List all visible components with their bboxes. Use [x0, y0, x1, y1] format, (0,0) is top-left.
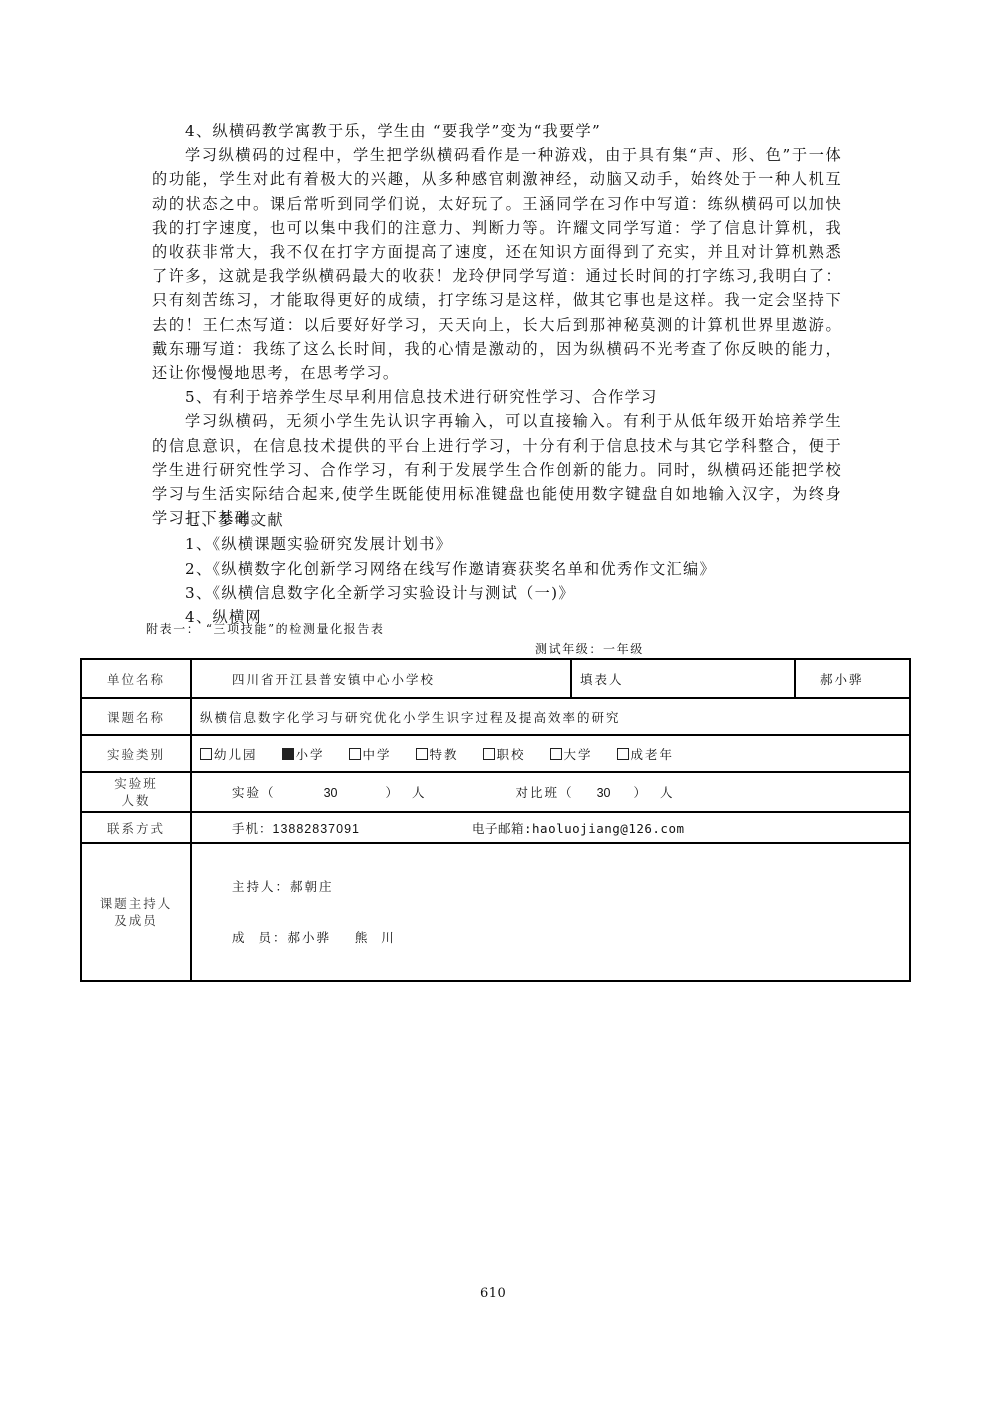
section-5-heading: 5、有利于培养学生尽早利用信息技术进行研究性学习、合作学习 — [152, 385, 842, 409]
section-4-heading: 4、纵横码教学寓教于乐，学生由 “要我学”变为“我要学” — [152, 119, 842, 143]
category-option-university[interactable]: 大学 — [550, 747, 593, 762]
table-row: 实验类别 幼儿园 小学 中学 特教 职校 大学 成老年 — [81, 735, 910, 772]
contact-label: 联系方式 — [81, 812, 191, 843]
references-heading: 七、参考文献 — [185, 508, 716, 532]
members-label: 课题主持人 及成员 — [81, 843, 191, 981]
members-text: 成 员：郝小骅 熊 川 — [232, 929, 901, 946]
checkbox-icon — [483, 748, 495, 760]
checkbox-icon — [416, 748, 428, 760]
category-option-senior[interactable]: 成老年 — [617, 747, 675, 762]
category-option-middle[interactable]: 中学 — [349, 747, 392, 762]
checkbox-checked-icon — [282, 748, 294, 760]
experiment-suffix: ） 人 — [386, 783, 516, 801]
unit-value: 四川省开江县普安镇中心小学校 — [191, 659, 571, 698]
appendix-caption: 附表一： “三项技能”的检测量化报告表 — [146, 620, 385, 637]
category-label: 实验类别 — [81, 735, 191, 772]
category-option-primary[interactable]: 小学 — [282, 747, 325, 762]
filler-value: 郝小骅 — [795, 659, 910, 698]
members-value: 主持人：郝朝庄 成 员：郝小骅 熊 川 — [191, 843, 910, 981]
page-number: 610 — [480, 1286, 506, 1301]
email-text: 电子邮箱:haoluojiang@126.com — [472, 821, 685, 836]
filler-label: 填表人 — [571, 659, 795, 698]
checkbox-icon — [200, 748, 212, 760]
document-page: 4、纵横码教学寓教于乐，学生由 “要我学”变为“我要学” 学习纵横码的过程中，学… — [0, 0, 992, 1403]
category-options: 幼儿园 小学 中学 特教 职校 大学 成老年 — [191, 735, 910, 772]
checkbox-icon — [617, 748, 629, 760]
category-option-special[interactable]: 特教 — [416, 747, 459, 762]
reference-item: 3、《纵横信息数字化全新学习实验设计与测试（一)》 — [185, 581, 716, 605]
experiment-count: 30 — [276, 786, 386, 800]
category-option-kindergarten[interactable]: 幼儿园 — [200, 747, 258, 762]
control-suffix: ） 人 — [634, 785, 675, 800]
table-row: 联系方式 手机：13882837091电子邮箱:haoluojiang@126.… — [81, 812, 910, 843]
report-table: 单位名称 四川省开江县普安镇中心小学校 填表人 郝小骅 课题名称 纵横信息数字化… — [80, 658, 911, 982]
contact-value: 手机：13882837091电子邮箱:haoluojiang@126.com — [191, 812, 910, 843]
test-grade: 测试年级：一年级 — [535, 640, 644, 657]
checkbox-icon — [550, 748, 562, 760]
host-text: 主持人：郝朝庄 — [232, 878, 901, 895]
table-row: 课题主持人 及成员 主持人：郝朝庄 成 员：郝小骅 熊 川 — [81, 843, 910, 981]
body-text: 4、纵横码教学寓教于乐，学生由 “要我学”变为“我要学” 学习纵横码的过程中，学… — [152, 119, 842, 530]
control-prefix: 对比班（ — [516, 785, 574, 800]
experiment-prefix: 实验（ — [232, 785, 276, 800]
checkbox-icon — [349, 748, 361, 760]
table-row: 课题名称 纵横信息数字化学习与研究优化小学生识字过程及提高效率的研究 — [81, 698, 910, 735]
reference-item: 2、《纵横数字化创新学习网络在线写作邀请赛获奖名单和优秀作文汇编》 — [185, 557, 716, 581]
class-size-label: 实验班 人数 — [81, 772, 191, 812]
unit-label: 单位名称 — [81, 659, 191, 698]
references-list: 七、参考文献 1、《纵横课题实验研究发展计划书》 2、《纵横数字化创新学习网络在… — [185, 508, 716, 629]
table-row: 实验班 人数 实验（30） 人对比班（30） 人 — [81, 772, 910, 812]
topic-label: 课题名称 — [81, 698, 191, 735]
control-count: 30 — [574, 786, 634, 800]
class-size-value: 实验（30） 人对比班（30） 人 — [191, 772, 910, 812]
section-4-paragraph: 学习纵横码的过程中，学生把学纵横码看作是一种游戏，由于具有集“声、形、色”于一体… — [152, 143, 842, 385]
topic-value: 纵横信息数字化学习与研究优化小学生识字过程及提高效率的研究 — [191, 698, 910, 735]
category-option-vocational[interactable]: 职校 — [483, 747, 526, 762]
phone-text: 手机：13882837091 — [232, 819, 472, 837]
reference-item: 1、《纵横课题实验研究发展计划书》 — [185, 532, 716, 556]
table-row: 单位名称 四川省开江县普安镇中心小学校 填表人 郝小骅 — [81, 659, 910, 698]
